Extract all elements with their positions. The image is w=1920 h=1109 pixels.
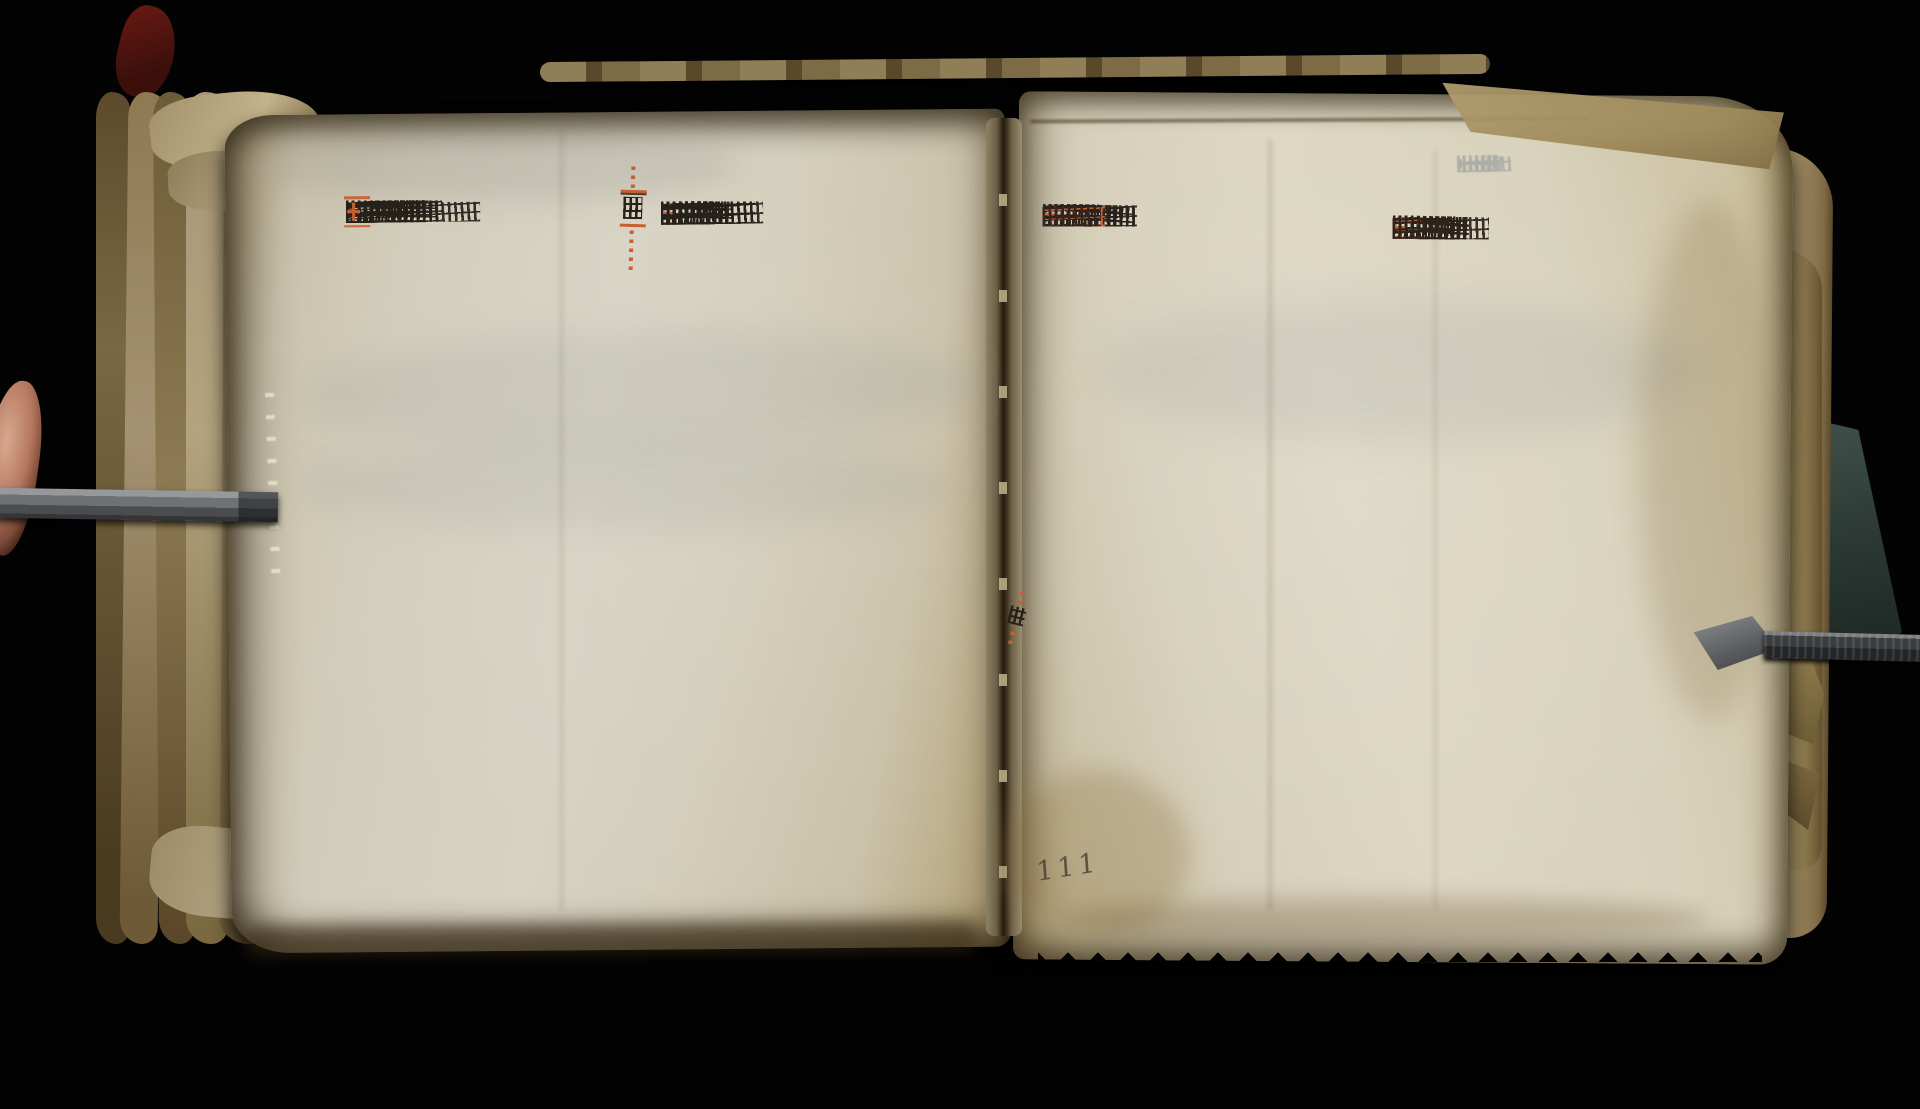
left-bookmark-strap (0, 488, 278, 522)
top-page-edges (540, 54, 1490, 82)
manuscript-photo: 111 (0, 0, 1920, 1109)
red-dot-column (629, 230, 634, 270)
section-cross-red (347, 201, 360, 222)
binding-gutter (986, 118, 1022, 936)
numeral-glyph (1007, 605, 1027, 626)
right-bookmark-strap-rod (1764, 631, 1920, 662)
bottom-edge-stain (246, 921, 976, 956)
red-bar (621, 190, 647, 194)
script-word (1393, 216, 1427, 238)
chapter-numeral-marginal (617, 164, 650, 273)
dark-leather-fragment (108, 1, 185, 104)
red-dot-column (1008, 628, 1016, 644)
script-word (661, 202, 705, 224)
red-dot-column (631, 164, 636, 188)
binding-stitches (999, 118, 1007, 936)
numeral-glyph (623, 197, 643, 219)
red-dot-column (1018, 590, 1025, 605)
red-bar (620, 224, 646, 228)
script-word (1043, 205, 1101, 227)
ragged-bottom-edge (1038, 948, 1762, 962)
finger (0, 377, 50, 559)
script-word (1457, 155, 1497, 172)
